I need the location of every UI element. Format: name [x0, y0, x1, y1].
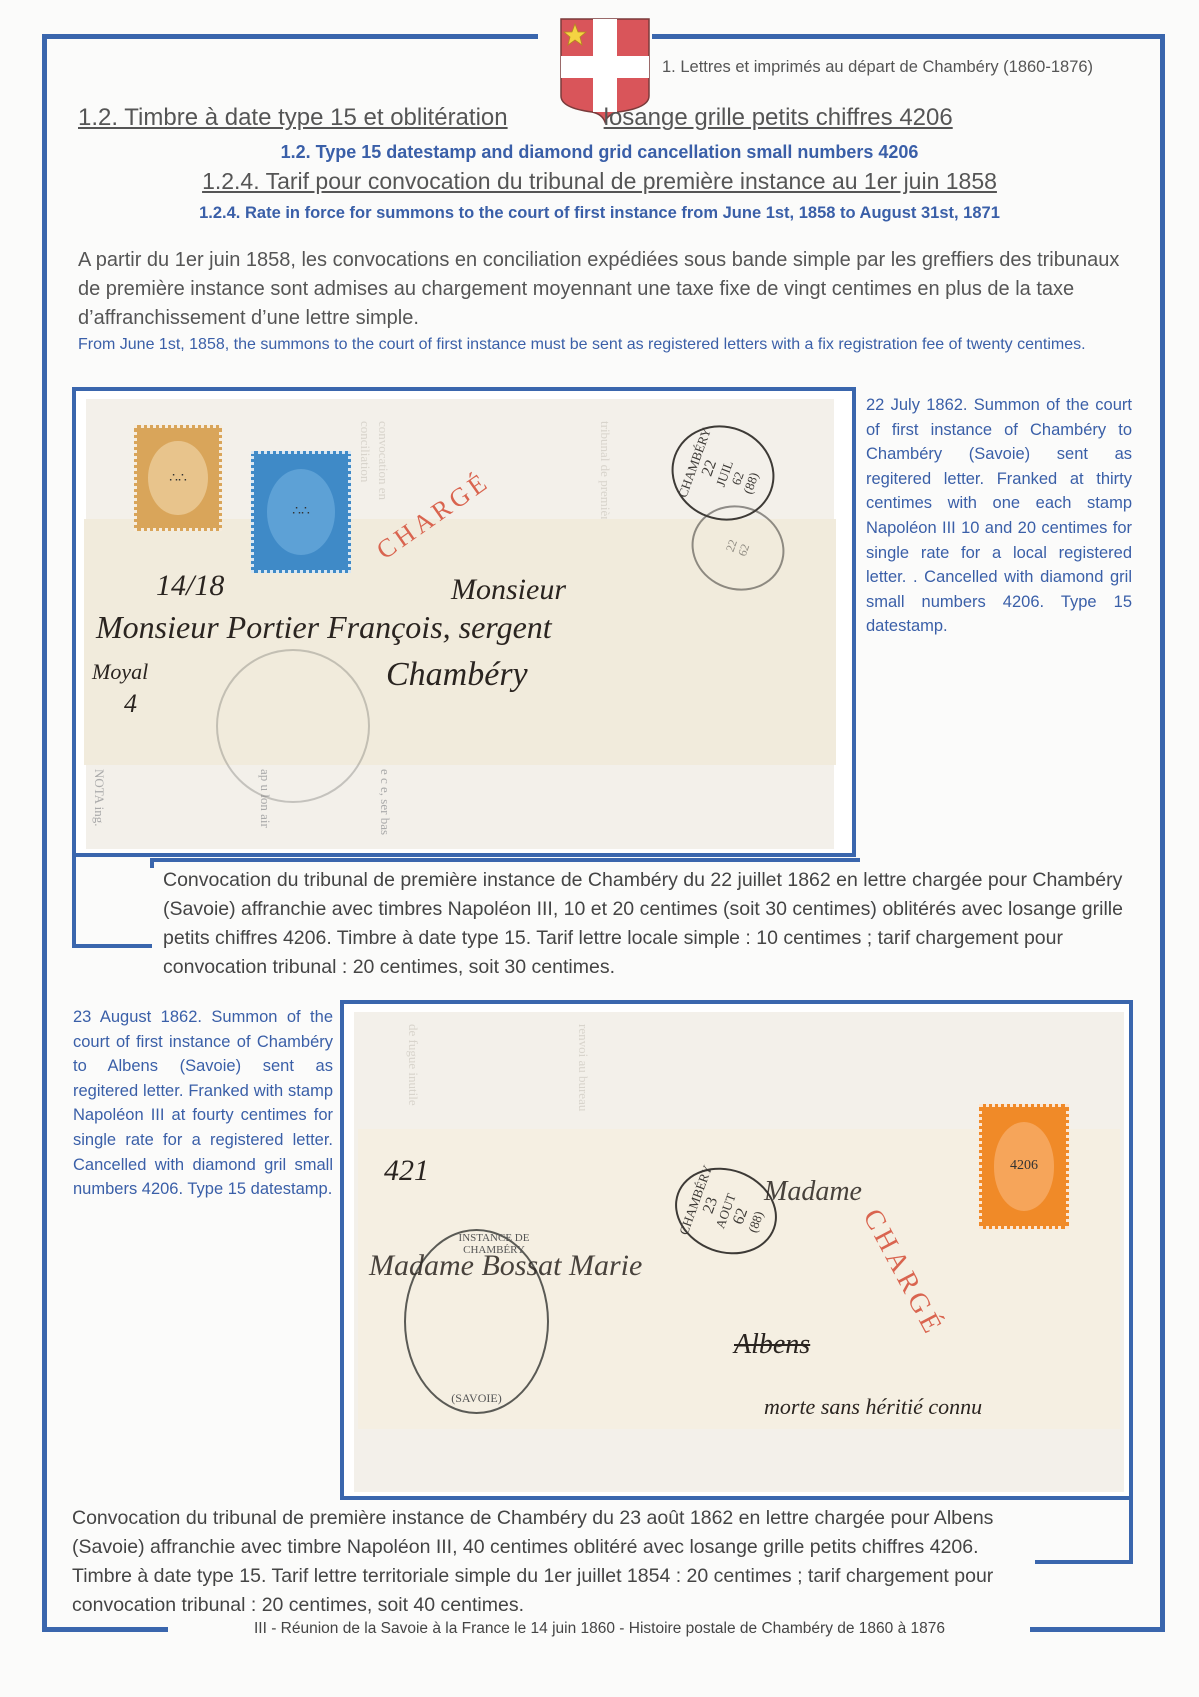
- frame-border-top-right: [652, 34, 1164, 39]
- datestamp-year: 62: [736, 542, 752, 558]
- handwritten-salutation: Madame: [764, 1176, 862, 1208]
- stamp-napoleon-10c: ∴∴: [134, 425, 222, 531]
- handwritten-note: Moyal: [92, 659, 148, 685]
- section-subtitle-english: 1.2.4. Rate in force for summons to the …: [0, 204, 1199, 223]
- cover2-image: de fugue inutile renvoi au bureau 4206 C…: [340, 1000, 1133, 1500]
- seal-text-bottom: (SAVOIE): [451, 1391, 501, 1406]
- handwritten-destination: Albens: [734, 1329, 810, 1361]
- handwritten-addressee: Monsieur Portier François, sergent: [96, 609, 552, 646]
- cover1-caption-english: 22 July 1862. Summon of the court of fir…: [866, 393, 1132, 639]
- intro-text-english: From June 1st, 1858, the summons to the …: [78, 333, 1138, 357]
- page-title: 1.2. Timbre à date type 15 et oblitérati…: [78, 104, 953, 132]
- handwritten-salutation: Monsieur: [451, 573, 566, 607]
- handwritten-number: 421: [384, 1154, 429, 1188]
- series-title: 1. Lettres et imprimés au départ de Cham…: [662, 58, 1093, 77]
- cover2-frame-extension: [1035, 1498, 1133, 1564]
- handwritten-destination: Chambéry: [386, 656, 528, 694]
- page-title-left: 1.2. Timbre à date type 15 et oblitérati…: [78, 104, 508, 131]
- intro-text-french: A partir du 1er juin 1858, les convocati…: [78, 246, 1128, 333]
- frame-border-left: [42, 34, 47, 1629]
- frame-border-right: [1160, 34, 1165, 1629]
- section-subtitle: 1.2.4. Tarif pour convocation du tribuna…: [0, 168, 1199, 195]
- cover1-description-french: Convocation du tribunal de première inst…: [163, 866, 1138, 982]
- handwritten-addressee: Madame Bossat Marie: [369, 1249, 642, 1283]
- cover2-show-through-print-2: renvoi au bureau: [574, 1024, 592, 1144]
- cover1-frame-extension: [72, 853, 152, 948]
- page-title-english: 1.2. Type 15 datestamp and diamond grid …: [0, 142, 1199, 163]
- stamp-napoleon-40c: 4206: [979, 1104, 1069, 1229]
- cover2-caption-english: 23 August 1862. Summon of the court of f…: [73, 1005, 333, 1202]
- court-seal-faint: [216, 649, 370, 803]
- stamp-napoleon-20c: ∴∴: [251, 451, 351, 573]
- handwritten-note-number: 4: [124, 689, 137, 719]
- cover2-show-through-print: de fugue inutile: [404, 1024, 422, 1144]
- cover1-print-fragment: NOTA ing.: [90, 769, 108, 839]
- handwritten-number: 14/18: [156, 569, 224, 603]
- stamp-portrait: ∴∴: [267, 469, 335, 555]
- cover1-print-fragment-3: e c e, ser bas: [376, 769, 394, 839]
- stamp-portrait-with-cancel: 4206: [994, 1122, 1054, 1210]
- handwritten-note: morte sans héritié connu: [764, 1394, 982, 1420]
- stamp-portrait: ∴∴: [148, 441, 207, 515]
- cover1-image: convocation en conciliation tribunal de …: [72, 387, 856, 857]
- page-footer: III - Réunion de la Savoie à la France l…: [0, 1620, 1199, 1638]
- page-title-right: losange grille petits chiffres 4206: [604, 104, 953, 131]
- cover2-description-french: Convocation du tribunal de première inst…: [72, 1504, 1032, 1620]
- frame-border-top-left: [42, 34, 538, 39]
